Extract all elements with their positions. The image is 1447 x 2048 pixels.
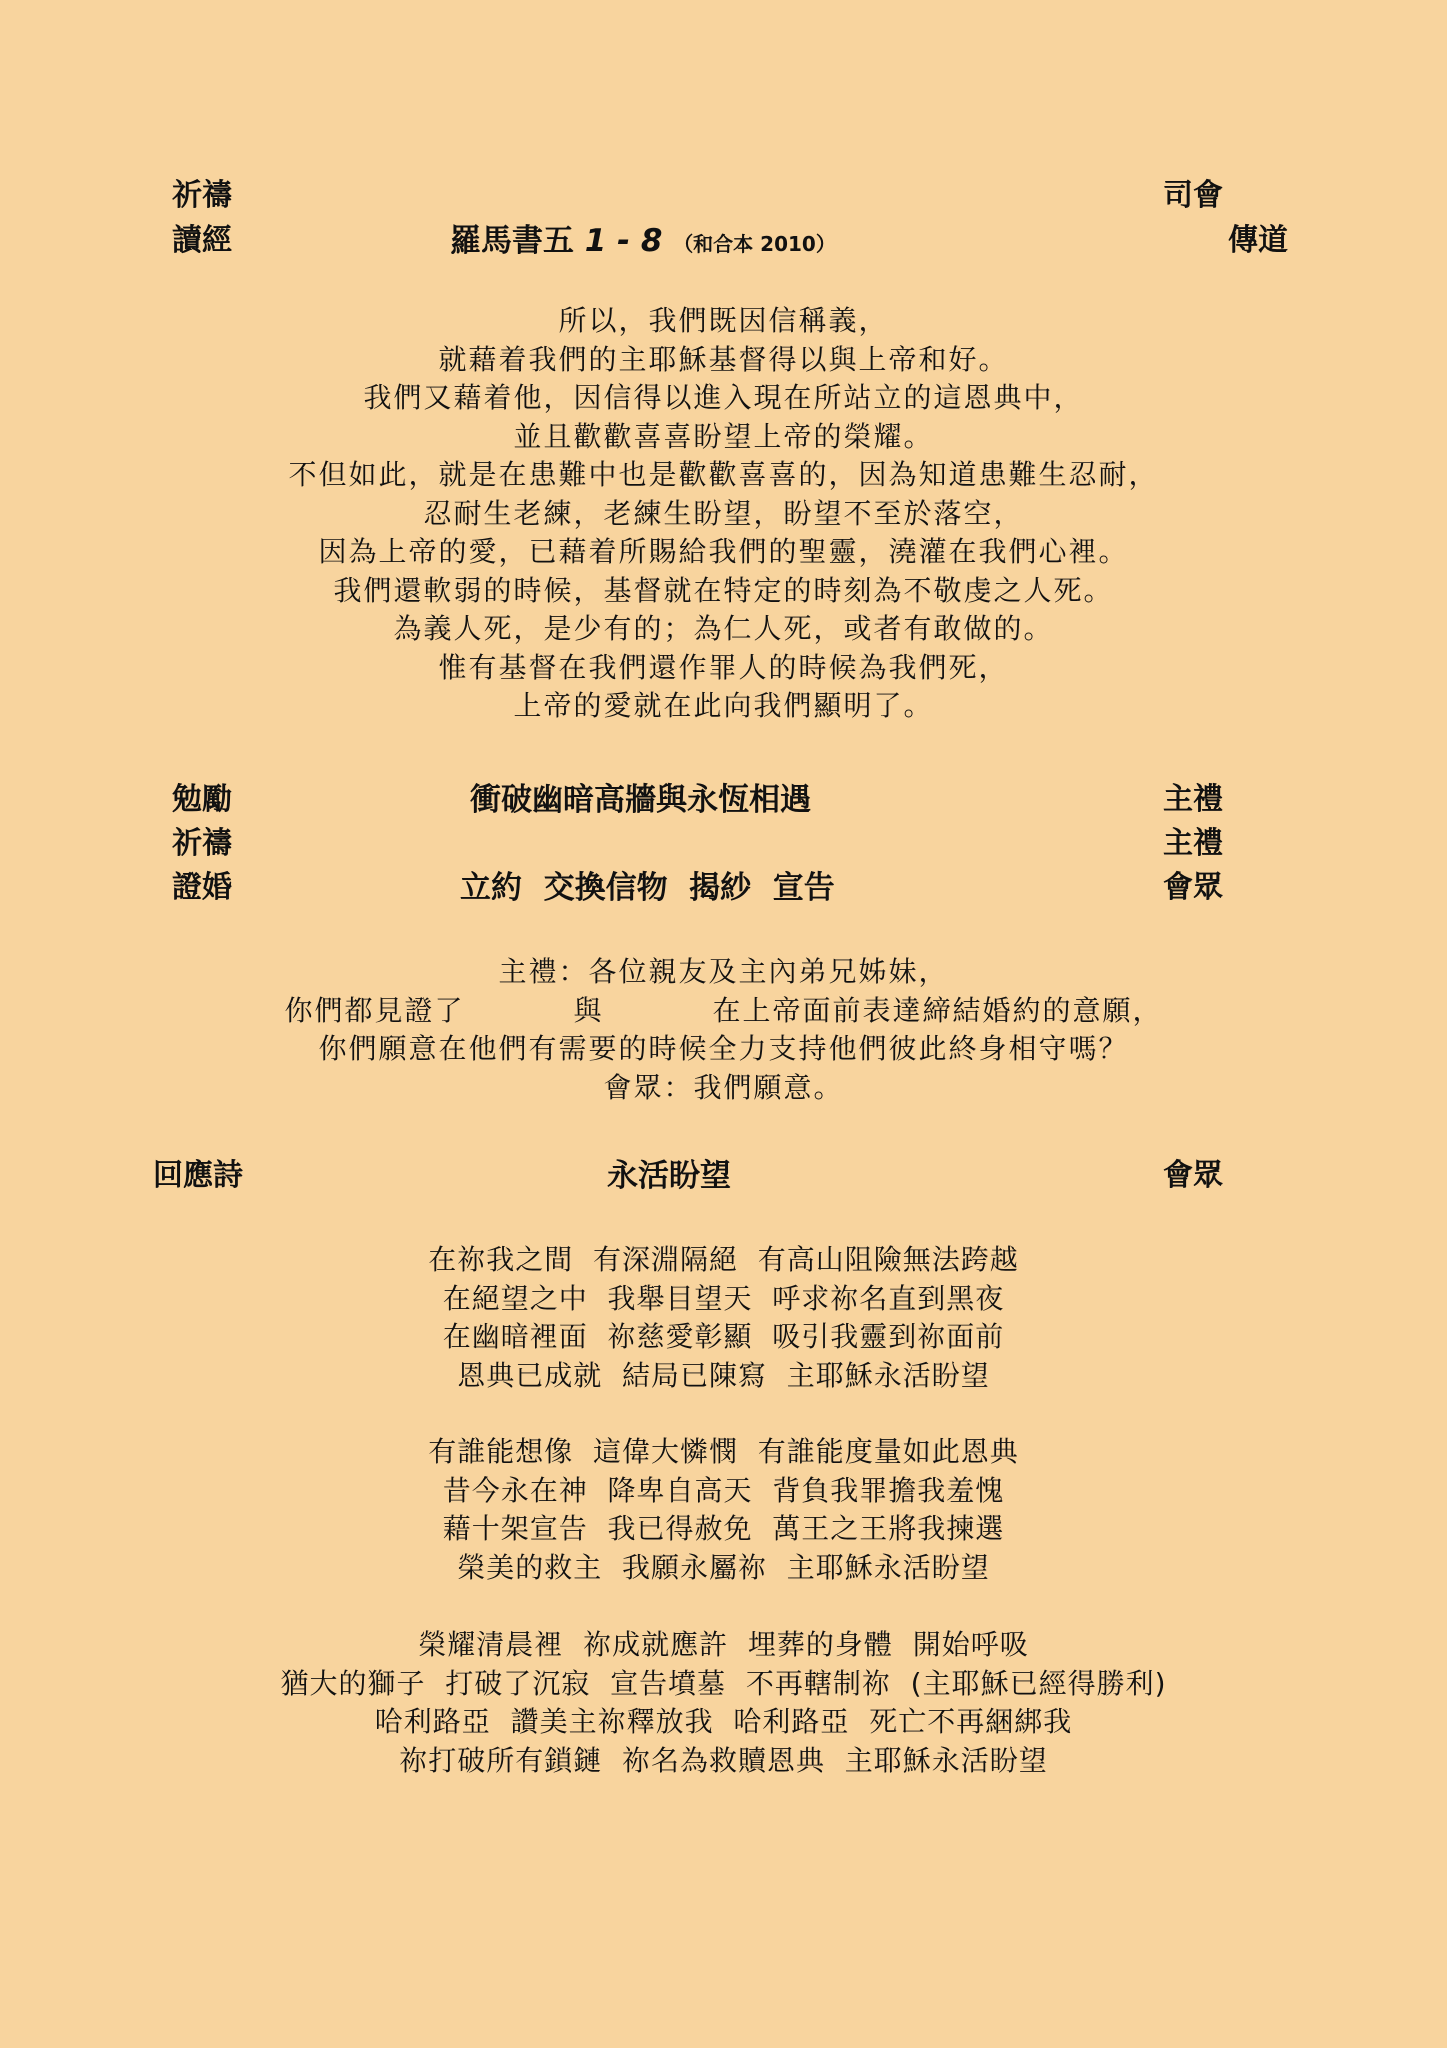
prayer-leader: 主禮	[1163, 825, 1223, 863]
lyric-line: 哈利路亞 讚美主祢釋放我 哈利路亞 死亡不再綑綁我	[0, 1703, 1447, 1742]
scripture-reference: 羅馬書五 1 - 8 （和合本 2010）	[450, 222, 836, 263]
response-hymn-label: 回應詩	[153, 1157, 243, 1195]
lyric-line: 昔今永在神 降卑自高天 背負我罪擔我羞愧	[0, 1472, 1447, 1511]
vows-line: 會眾：我們願意。	[0, 1069, 1447, 1108]
header-row1-left-label: 祈禱	[172, 177, 232, 215]
vows-line: 主禮：各位親友及主內弟兄姊妹，	[0, 953, 1447, 992]
lyric-line: 在祢我之間 有深淵隔絕 有高山阻險無法跨越	[0, 1241, 1447, 1280]
vows-passage: 主禮：各位親友及主內弟兄姊妹， 你們都見證了 與 在上帝面前表達締結婚約的意願，…	[0, 953, 1447, 1107]
scripture-line: 並且歡歡喜喜盼望上帝的榮耀。	[0, 418, 1447, 457]
vows-line: 你們都見證了 與 在上帝面前表達締結婚約的意願，	[0, 992, 1447, 1031]
lyric-line: 猶大的獅子 打破了沉寂 宣告墳墓 不再轄制祢 (主耶穌已經得勝利)	[0, 1665, 1447, 1704]
lyric-line: 藉十架宣告 我已得赦免 萬王之王將我揀選	[0, 1510, 1447, 1549]
scripture-passage: 所以，我們既因信稱義， 就藉着我們的主耶穌基督得以與上帝和好。 我們又藉着他，因…	[0, 302, 1447, 726]
scripture-line: 惟有基督在我們還作罪人的時候為我們死，	[0, 649, 1447, 688]
scripture-line: 上帝的愛就在此向我們顯明了。	[0, 687, 1447, 726]
scripture-line: 我們又藉着他，因信得以進入現在所站立的這恩典中，	[0, 379, 1447, 418]
header-row1-right-label: 司會	[1163, 177, 1223, 215]
scripture-version: （和合本 2010）	[673, 232, 836, 256]
wedding-leader: 會眾	[1163, 869, 1223, 907]
scripture-range: 1 - 8	[585, 223, 663, 259]
header-row2-right-label: 傳道	[1228, 222, 1288, 260]
header-row2-left-label: 讀經	[172, 222, 232, 260]
scripture-line: 忍耐生老練，老練生盼望，盼望不至於落空，	[0, 495, 1447, 534]
response-hymn-title: 永活盼望	[607, 1157, 731, 1195]
lyric-line: 有誰能想像 這偉大憐憫 有誰能度量如此恩典	[0, 1433, 1447, 1472]
scripture-book: 羅馬書五	[450, 223, 574, 259]
lyric-line: 恩典已成就 結局已陳寫 主耶穌永活盼望	[0, 1357, 1447, 1396]
lyrics-stanza-3: 榮耀清晨裡 祢成就應許 埋葬的身體 開始呼吸 猶大的獅子 打破了沉寂 宣告墳墓 …	[0, 1626, 1447, 1780]
lyric-line: 榮耀清晨裡 祢成就應許 埋葬的身體 開始呼吸	[0, 1626, 1447, 1665]
scripture-line: 所以，我們既因信稱義，	[0, 302, 1447, 341]
scripture-line: 就藉着我們的主耶穌基督得以與上帝和好。	[0, 341, 1447, 380]
wedding-label: 證婚	[172, 869, 232, 907]
lyric-line: 在絕望之中 我舉目望天 呼求祢名直到黑夜	[0, 1280, 1447, 1319]
vows-line: 你們願意在他們有需要的時候全力支持他們彼此終身相守嗎？	[0, 1030, 1447, 1069]
scripture-line: 不但如此，就是在患難中也是歡歡喜喜的，因為知道患難生忍耐，	[0, 456, 1447, 495]
lyric-line: 祢打破所有鎖鏈 祢名為救贖恩典 主耶穌永活盼望	[0, 1742, 1447, 1781]
lyric-line: 榮美的救主 我願永屬祢 主耶穌永活盼望	[0, 1549, 1447, 1588]
scripture-line: 我們還軟弱的時候，基督就在特定的時刻為不敬虔之人死。	[0, 572, 1447, 611]
prayer-label: 祈禱	[172, 825, 232, 863]
sermon-leader: 主禮	[1163, 781, 1223, 819]
scripture-line: 因為上帝的愛，已藉着所賜給我們的聖靈，澆灌在我們心裡。	[0, 533, 1447, 572]
scripture-line: 為義人死，是少有的；為仁人死，或者有敢做的。	[0, 610, 1447, 649]
lyrics-stanza-2: 有誰能想像 這偉大憐憫 有誰能度量如此恩典 昔今永在神 降卑自高天 背負我罪擔我…	[0, 1433, 1447, 1587]
lyric-line: 在幽暗裡面 祢慈愛彰顯 吸引我靈到祢面前	[0, 1318, 1447, 1357]
sermon-label: 勉勵	[172, 781, 232, 819]
sermon-title: 衝破幽暗高牆與永恆相遇	[470, 781, 811, 819]
wedding-title: 立約 交換信物 揭紗 宣告	[460, 869, 835, 907]
response-hymn-leader: 會眾	[1163, 1157, 1223, 1195]
lyrics-stanza-1: 在祢我之間 有深淵隔絕 有高山阻險無法跨越 在絕望之中 我舉目望天 呼求祢名直到…	[0, 1241, 1447, 1395]
